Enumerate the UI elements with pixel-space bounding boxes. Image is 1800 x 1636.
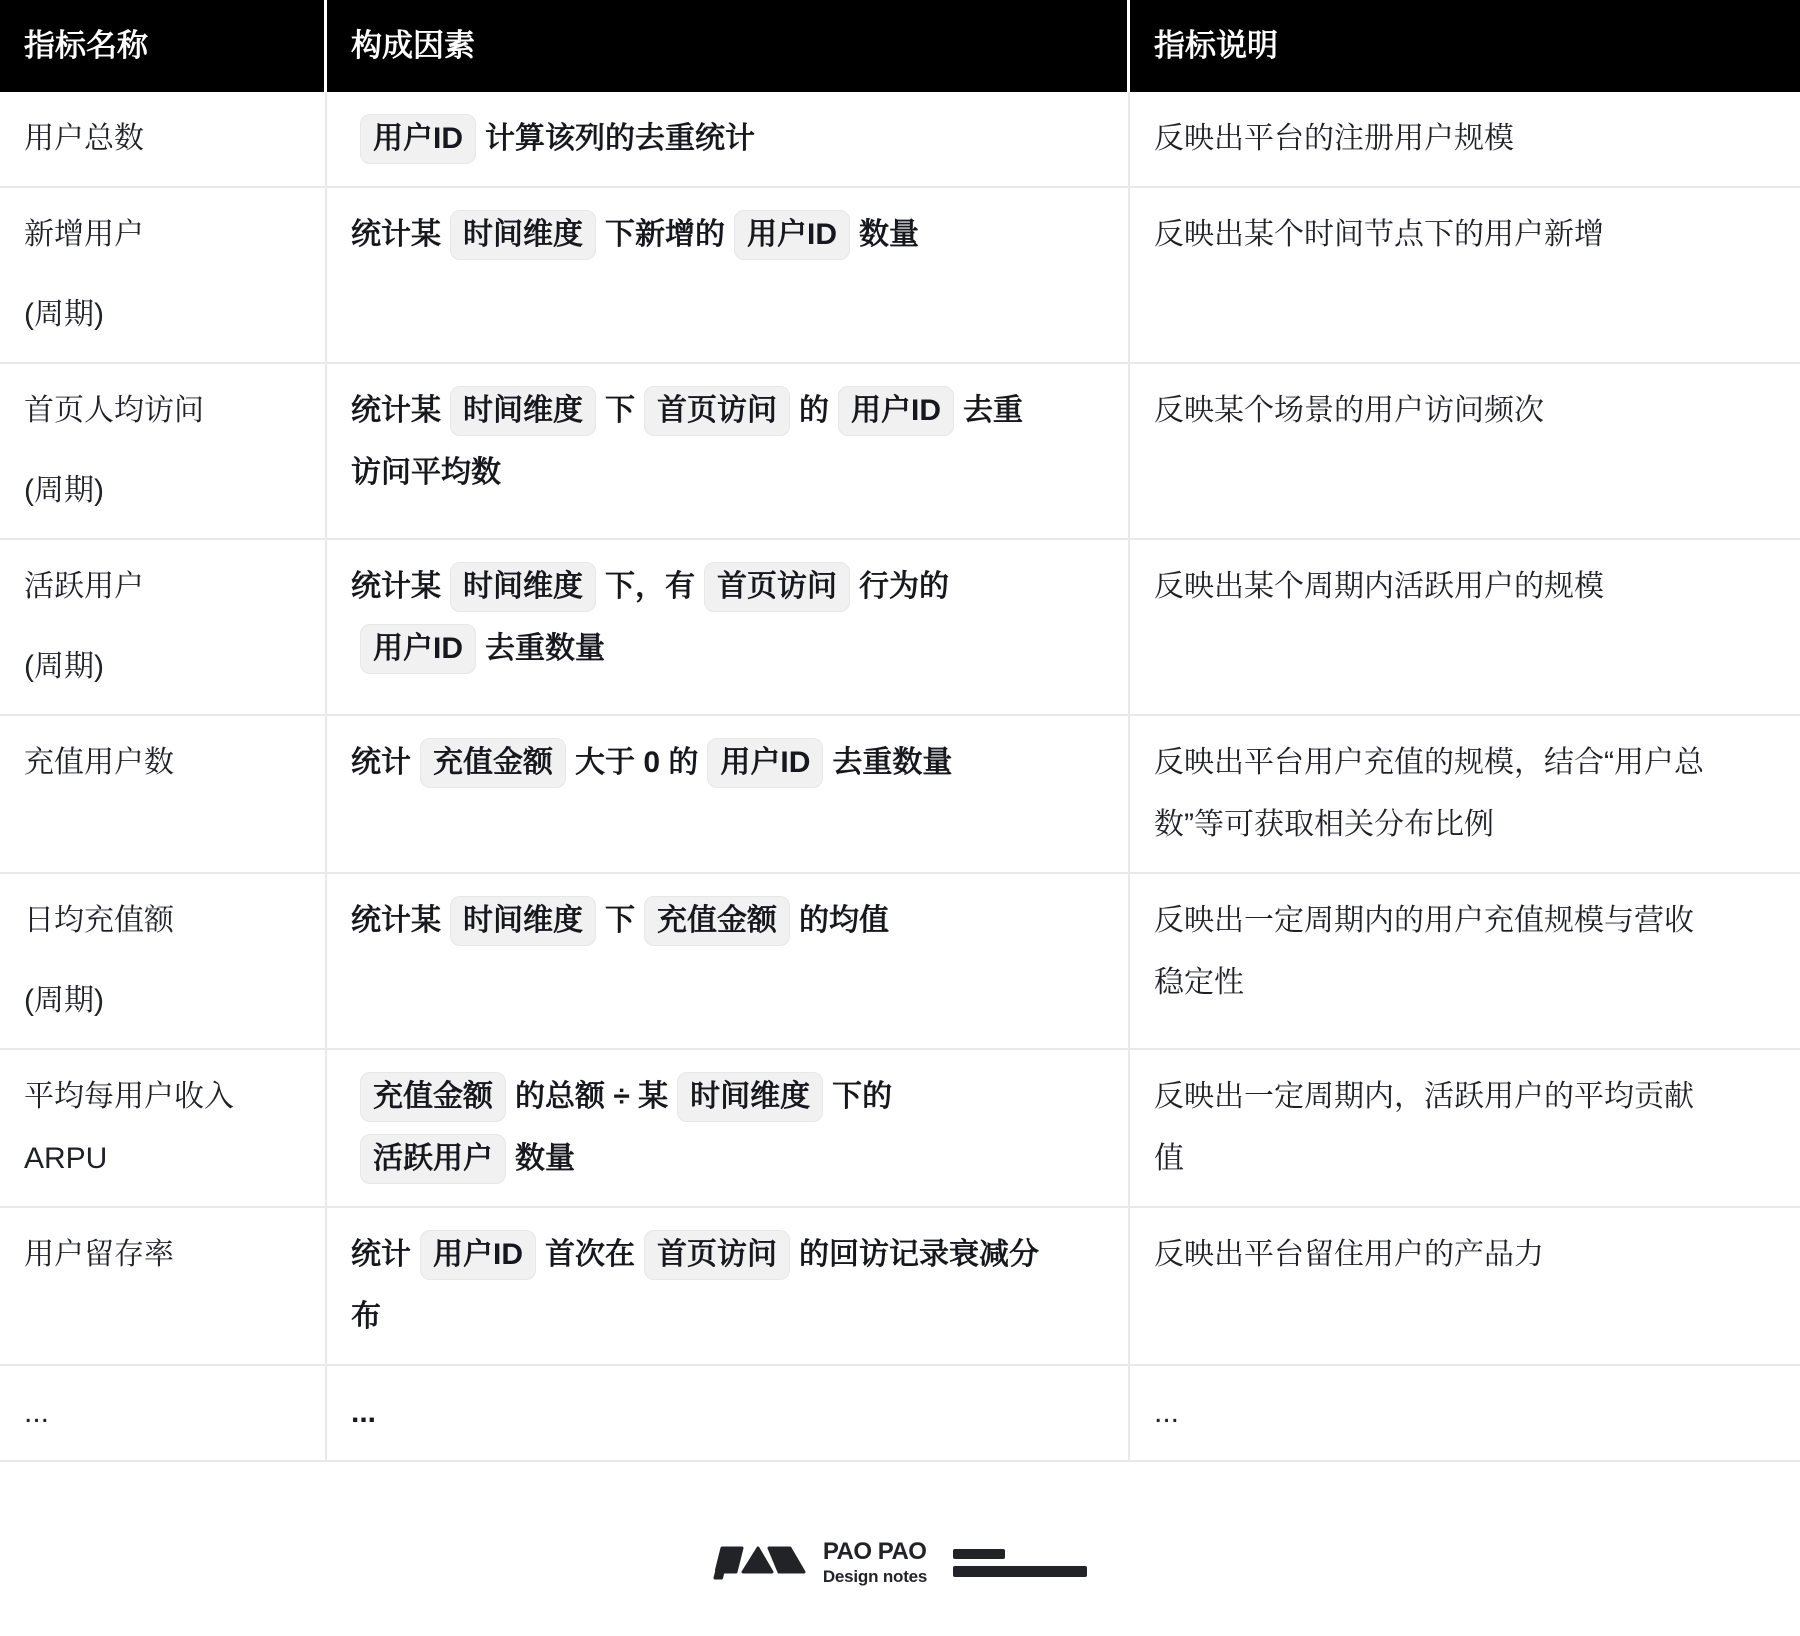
description-text: ...	[1154, 1382, 1714, 1444]
description-text: 反映出平台留住用户的产品力	[1154, 1224, 1714, 1286]
metric-name-period: (周期)	[24, 970, 301, 1032]
metric-name: 用户留存率	[24, 1224, 301, 1286]
table-row-paying-users: 充值用户数 统计充值金额大于 0 的用户ID去重数量 反映出平台用户充值的规模，…	[0, 716, 1800, 874]
factor-text: 的总额 ÷ 某	[515, 1080, 668, 1113]
factor-text: 统计	[351, 1238, 411, 1271]
description-cell: 反映出平台的注册用户规模	[1130, 92, 1800, 186]
description-cell: 反映出平台留住用户的产品力	[1130, 1208, 1800, 1364]
factor-chip: 时间维度	[450, 562, 596, 612]
factor-chip: 活跃用户	[360, 1134, 506, 1184]
table-row-homepage-avg-visits: 首页人均访问(周期) 统计某时间维度下首页访问的用户ID去重访问平均数 反映某个…	[0, 364, 1800, 540]
brand-bar-long	[953, 1566, 1087, 1577]
metric-name-period: (周期)	[24, 460, 301, 522]
factor-chip: 时间维度	[450, 210, 596, 260]
description-cell: 反映出一定周期内，活跃用户的平均贡献值	[1130, 1050, 1800, 1206]
footer: PAO PAO Design notes	[0, 1540, 1800, 1585]
metric-name: 日均充值额	[24, 890, 301, 952]
factor-text: 下，有	[605, 570, 695, 603]
factor-text: 的	[799, 394, 829, 427]
header-cell-description: 指标说明	[1130, 0, 1800, 92]
metric-name: 用户总数	[24, 108, 301, 170]
table-row-user-total: 用户总数 用户ID计算该列的去重统计 反映出平台的注册用户规模	[0, 92, 1800, 188]
factors-cell: 统计某时间维度下充值金额的均值	[327, 874, 1130, 1048]
metrics-table: 指标名称 构成因素 指标说明 用户总数 用户ID计算该列的去重统计 反映出平台的…	[0, 0, 1800, 1462]
description-cell: 反映出某个周期内活跃用户的规模	[1130, 540, 1800, 714]
description-text: 反映出平台的注册用户规模	[1154, 108, 1714, 170]
metric-name-cell: 首页人均访问(周期)	[0, 364, 327, 538]
metric-name: 活跃用户	[24, 556, 301, 618]
metric-name: 新增用户	[24, 204, 301, 266]
brand-name: PAO PAO	[823, 1540, 927, 1564]
description-text: 反映出一定周期内的用户充值规模与营收稳定性	[1154, 890, 1714, 1014]
metric-name-cell: 充值用户数	[0, 716, 327, 872]
factors-cell: 统计某时间维度下首页访问的用户ID去重访问平均数	[327, 364, 1130, 538]
metric-name: 首页人均访问	[24, 380, 301, 442]
brand-subtitle: Design notes	[823, 1568, 927, 1585]
table-row-arpu: 平均每用户收入 ARPU 充值金额的总额 ÷ 某时间维度下的活跃用户数量 反映出…	[0, 1050, 1800, 1208]
metric-name-cell: 用户总数	[0, 92, 327, 186]
factor-text: 数量	[515, 1142, 575, 1175]
factor-chip: 充值金额	[644, 896, 790, 946]
factor-chip: 首页访问	[644, 386, 790, 436]
description-text: 反映出平台用户充值的规模，结合“用户总数”等可获取相关分布比例	[1154, 732, 1714, 856]
factor-text: ...	[351, 1396, 376, 1429]
factor-chip: 用户ID	[838, 386, 954, 436]
metric-name-cell: ...	[0, 1366, 327, 1460]
factor-text: 去重数量	[832, 746, 952, 779]
factor-text: 统计	[351, 746, 411, 779]
header-cell-factors: 构成因素	[327, 0, 1130, 92]
factor-text: 统计某	[351, 394, 441, 427]
factor-chip: 首页访问	[644, 1230, 790, 1280]
description-cell: ...	[1130, 1366, 1800, 1460]
factor-chip: 用户ID	[707, 738, 823, 788]
factor-text: 下新增的	[605, 218, 725, 251]
factors-cell: 统计充值金额大于 0 的用户ID去重数量	[327, 716, 1130, 872]
factor-chip: 用户ID	[734, 210, 850, 260]
metric-name-period: (周期)	[24, 636, 301, 698]
metric-name: 充值用户数	[24, 732, 301, 794]
header-cell-metric-name: 指标名称	[0, 0, 327, 92]
factor-text: 下的	[832, 1080, 892, 1113]
factors-cell: 统计某时间维度下新增的用户ID数量	[327, 188, 1130, 362]
factor-chip: 用户ID	[420, 1230, 536, 1280]
description-text: 反映出一定周期内，活跃用户的平均贡献值	[1154, 1066, 1714, 1190]
factor-text: 统计某	[351, 904, 441, 937]
metric-name-cell: 平均每用户收入 ARPU	[0, 1050, 327, 1206]
description-cell: 反映某个场景的用户访问频次	[1130, 364, 1800, 538]
factor-text: 计算该列的去重统计	[485, 122, 755, 155]
brand-lockup: PAO PAO Design notes	[713, 1540, 1087, 1585]
metric-name-cell: 新增用户(周期)	[0, 188, 327, 362]
description-text: 反映某个场景的用户访问频次	[1154, 380, 1714, 442]
factor-text: 数量	[859, 218, 919, 251]
factor-text: 下	[605, 394, 635, 427]
description-text: 反映出某个时间节点下的用户新增	[1154, 204, 1714, 266]
factor-text: 统计某	[351, 570, 441, 603]
factor-chip: 用户ID	[360, 114, 476, 164]
paopao-logo-icon	[713, 1545, 807, 1581]
factor-chip: 时间维度	[450, 896, 596, 946]
factors-cell: 用户ID计算该列的去重统计	[327, 92, 1130, 186]
table-row-retention: 用户留存率 统计用户ID首次在首页访问的回访记录衰减分布 反映出平台留住用户的产…	[0, 1208, 1800, 1366]
description-cell: 反映出某个时间节点下的用户新增	[1130, 188, 1800, 362]
metric-name: ...	[24, 1382, 301, 1444]
factor-text: 去重数量	[485, 632, 605, 665]
brand-bar-short	[953, 1549, 1005, 1559]
description-text: 反映出某个周期内活跃用户的规模	[1154, 556, 1714, 618]
factor-text: 的均值	[799, 904, 889, 937]
factor-chip: 首页访问	[704, 562, 850, 612]
factor-text: 下	[605, 904, 635, 937]
factors-cell: 充值金额的总额 ÷ 某时间维度下的活跃用户数量	[327, 1050, 1130, 1206]
factor-text: 首次在	[545, 1238, 635, 1271]
table-row-new-users: 新增用户(周期) 统计某时间维度下新增的用户ID数量 反映出某个时间节点下的用户…	[0, 188, 1800, 364]
factor-chip: 充值金额	[420, 738, 566, 788]
table-row-ellipsis: ... ... ...	[0, 1366, 1800, 1460]
factor-chip: 用户ID	[360, 624, 476, 674]
metric-name-cell: 日均充值额(周期)	[0, 874, 327, 1048]
factor-chip: 充值金额	[360, 1072, 506, 1122]
factor-chip: 时间维度	[450, 386, 596, 436]
table-header-row: 指标名称 构成因素 指标说明	[0, 0, 1800, 92]
brand-bars-decoration	[953, 1549, 1087, 1577]
description-cell: 反映出一定周期内的用户充值规模与营收稳定性	[1130, 874, 1800, 1048]
factor-chip: 时间维度	[677, 1072, 823, 1122]
metrics-definition-sheet: 指标名称 构成因素 指标说明 用户总数 用户ID计算该列的去重统计 反映出平台的…	[0, 0, 1800, 1636]
factor-text: 行为的	[859, 570, 949, 603]
factors-cell: 统计某时间维度下，有首页访问行为的用户ID去重数量	[327, 540, 1130, 714]
factor-text: 大于 0 的	[575, 746, 698, 779]
description-cell: 反映出平台用户充值的规模，结合“用户总数”等可获取相关分布比例	[1130, 716, 1800, 872]
metric-name-cell: 用户留存率	[0, 1208, 327, 1364]
factor-text: 统计某	[351, 218, 441, 251]
metric-name: 平均每用户收入 ARPU	[24, 1066, 301, 1190]
factors-cell: ...	[327, 1366, 1130, 1460]
table-row-daily-avg-topup: 日均充值额(周期) 统计某时间维度下充值金额的均值 反映出一定周期内的用户充值规…	[0, 874, 1800, 1050]
brand-text: PAO PAO Design notes	[823, 1540, 927, 1585]
metric-name-period: (周期)	[24, 284, 301, 346]
table-row-active-users: 活跃用户(周期) 统计某时间维度下，有首页访问行为的用户ID去重数量 反映出某个…	[0, 540, 1800, 716]
factors-cell: 统计用户ID首次在首页访问的回访记录衰减分布	[327, 1208, 1130, 1364]
metric-name-cell: 活跃用户(周期)	[0, 540, 327, 714]
